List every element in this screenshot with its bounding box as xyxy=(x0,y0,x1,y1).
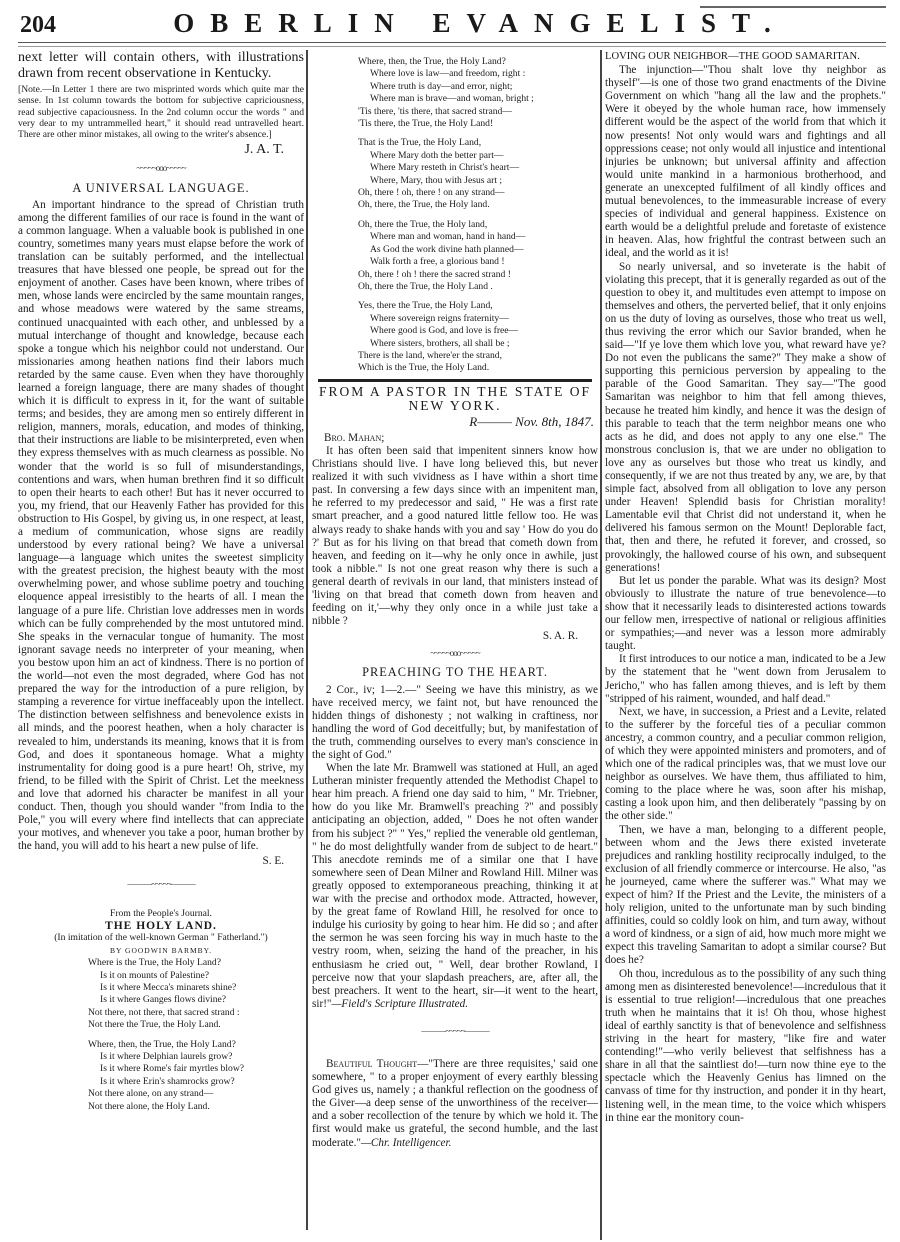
samaritan-paragraph-1: The injunction—"Thou shalt love thy neig… xyxy=(605,64,886,260)
section-rule xyxy=(318,379,592,382)
poem-subtitle: (In imitation of the well-known German "… xyxy=(18,932,304,944)
poem-line: There is the land, where'er the strand, xyxy=(358,350,598,362)
poem-line: Where, then, the True, the Holy Land? xyxy=(358,56,598,68)
letter-signature: S. A. R. xyxy=(312,630,598,643)
preaching-text: When the late Mr. Bramwell was stationed… xyxy=(312,762,598,1010)
poem-holy-land-continued: Where, then, the True, the Holy Land? Wh… xyxy=(312,50,598,375)
ornament-divider: ———~~~~~——— xyxy=(312,1025,598,1038)
poem-line: Oh, there the True, the Holy Land . xyxy=(358,281,598,293)
thought-text: —"There are three requisites,' said one … xyxy=(312,1058,598,1149)
poem-line: Oh, there the True, the Holy land, xyxy=(358,219,598,231)
poem-line: Is it where Rome's fair myrtles blow? xyxy=(88,1063,304,1075)
column-divider-1 xyxy=(306,50,308,1230)
poem-line: As God the work divine hath planned— xyxy=(358,244,598,256)
continuation-text: next letter will contain others, with il… xyxy=(18,50,304,82)
samaritan-paragraph-2: So nearly universal, and so inveterate i… xyxy=(605,261,886,575)
poem-stanza-1: Where is the True, the Holy Land? Is it … xyxy=(18,957,304,1031)
signature-jat: J. A. T. xyxy=(18,142,304,158)
poem-line: Where Mary doth the better part— xyxy=(358,150,598,162)
ornament-divider: ~~~~~ooo~~~~~ xyxy=(312,647,598,660)
poem-line: Oh, there ! oh ! there the sacred strand… xyxy=(358,269,598,281)
poem-stanza-3: Where, then, the True, the Holy Land? Wh… xyxy=(358,56,598,130)
poem-line: Where man and woman, hand in hand— xyxy=(358,231,598,243)
header-rule xyxy=(18,42,886,47)
letter-title: FROM A PASTOR IN THE STATE OF NEW YORK. xyxy=(312,385,598,413)
letter-date: R——— Nov. 8th, 1847. xyxy=(312,415,598,428)
top-rule xyxy=(700,6,886,8)
poem-line: Is it where Ganges flows divine? xyxy=(88,994,304,1006)
poem-holy-land: From the People's Journal. THE HOLY LAND… xyxy=(18,908,304,1114)
article-body-universal-language: An important hindrance to the spread of … xyxy=(18,199,304,854)
poem-line: Where Mary resteth in Christ's heart— xyxy=(358,162,598,174)
poem-author: BY GOODWIN BARMBY. xyxy=(18,945,304,957)
column-divider-2 xyxy=(600,50,602,1240)
newspaper-title: OBERLIN EVANGELIST. xyxy=(0,8,900,39)
samaritan-paragraph-7: Oh thou, incredulous as to the possibili… xyxy=(605,968,886,1125)
scripture-quote: 2 Cor., iv; 1—2.—" Seeing we have this m… xyxy=(312,684,598,763)
poem-line: Where good is God, and love is free— xyxy=(358,325,598,337)
thought-label: Beautiful Thought xyxy=(326,1058,417,1070)
poem-line: Not there alone, the Holy Land. xyxy=(88,1101,304,1113)
samaritan-paragraph-3: But let us ponder the parable. What was … xyxy=(605,575,886,654)
poem-line: Is it where Delphian laurels grow? xyxy=(88,1051,304,1063)
poem-title: THE HOLY LAND. xyxy=(18,920,304,932)
ornament-divider: ~~~~~ooo~~~~~ xyxy=(18,162,304,175)
article-title-good-samaritan: LOVING OUR NEIGHBOR—THE GOOD SAMARITAN. xyxy=(605,50,886,63)
column-1: next letter will contain others, with il… xyxy=(18,50,304,1120)
samaritan-paragraph-4: It first introduces to our notice a man,… xyxy=(605,653,886,705)
samaritan-paragraph-6: Then, we have a man, belonging to a diff… xyxy=(605,824,886,968)
poem-line: 'Tis there, the True, the Holy Land! xyxy=(358,118,598,130)
poem-line: Oh, there, the True, the Holy land. xyxy=(358,199,598,211)
poem-line: Where truth is day—and error, night; xyxy=(358,81,598,93)
samaritan-paragraph-5: Next, we have, in succession, a Priest a… xyxy=(605,706,886,824)
poem-stanza-5: Oh, there the True, the Holy land, Where… xyxy=(358,219,598,293)
preaching-source: —Field's Scripture Illustrated. xyxy=(331,998,468,1010)
letter-body: It has often been said that impenitent s… xyxy=(312,445,598,628)
poem-line: Where sisters, brothers, all shall be ; xyxy=(358,338,598,350)
poem-line: Walk forth a free, a glorious band ! xyxy=(358,256,598,268)
poem-line: Yes, there the True, the Holy Land, xyxy=(358,300,598,312)
poem-line: Is it on mounts of Palestine? xyxy=(88,970,304,982)
masthead: 204 OBERLIN EVANGELIST. xyxy=(0,0,900,44)
poem-line: Not there alone, on any strand— xyxy=(88,1088,304,1100)
thought-source: —Chr. Intelligencer. xyxy=(361,1137,451,1149)
beautiful-thought: Beautiful Thought—"There are three requi… xyxy=(312,1058,598,1150)
poem-source: From the People's Journal. xyxy=(18,908,304,920)
letter-salutation: Bro. Mahan; xyxy=(312,432,598,445)
poem-stanza-4: That is the True, the Holy Land, Where M… xyxy=(358,137,598,211)
errata-note: [Note.—In Letter 1 there are two misprin… xyxy=(18,84,304,140)
article-body-preaching: When the late Mr. Bramwell was stationed… xyxy=(312,762,598,1011)
poem-line: Is it where Mecca's minarets shine? xyxy=(88,982,304,994)
poem-line: Where sovereign reigns fraternity— xyxy=(358,313,598,325)
article-title-universal-language: A UNIVERSAL LANGUAGE. xyxy=(18,182,304,195)
poem-stanza-2: Where, then, the True, the Holy Land? Is… xyxy=(18,1039,304,1113)
poem-line: That is the True, the Holy Land, xyxy=(358,137,598,149)
poem-line: Is it where Erin's shamrocks grow? xyxy=(88,1076,304,1088)
poem-line: Which is the True, the Holy Land. xyxy=(358,362,598,374)
poem-line: Where love is law—and freedom, right : xyxy=(358,68,598,80)
poem-line: Not there the True, the Holy Land. xyxy=(88,1019,304,1031)
ornament-divider: ———~~~~~——— xyxy=(18,878,304,891)
poem-stanza-6: Yes, there the True, the Holy Land, Wher… xyxy=(358,300,598,374)
poem-line: Where is the True, the Holy Land? xyxy=(88,957,304,969)
poem-line: Where, then, the True, the Holy Land? xyxy=(88,1039,304,1051)
signature-se: S. E. xyxy=(18,855,304,868)
poem-line: Where man is brave—and woman, bright ; xyxy=(358,93,598,105)
column-3: LOVING OUR NEIGHBOR—THE GOOD SAMARITAN. … xyxy=(605,50,886,1125)
column-2: Where, then, the True, the Holy Land? Wh… xyxy=(312,50,598,1150)
poem-line: 'Tis there, 'tis there, that sacred stra… xyxy=(358,106,598,118)
poem-line: Where, Mary, thou with Jesus art ; xyxy=(358,175,598,187)
article-title-preaching: PREACHING TO THE HEART. xyxy=(312,666,598,679)
poem-line: Oh, there ! oh, there ! on any strand— xyxy=(358,187,598,199)
poem-line: Not there, not there, that sacred strand… xyxy=(88,1007,304,1019)
